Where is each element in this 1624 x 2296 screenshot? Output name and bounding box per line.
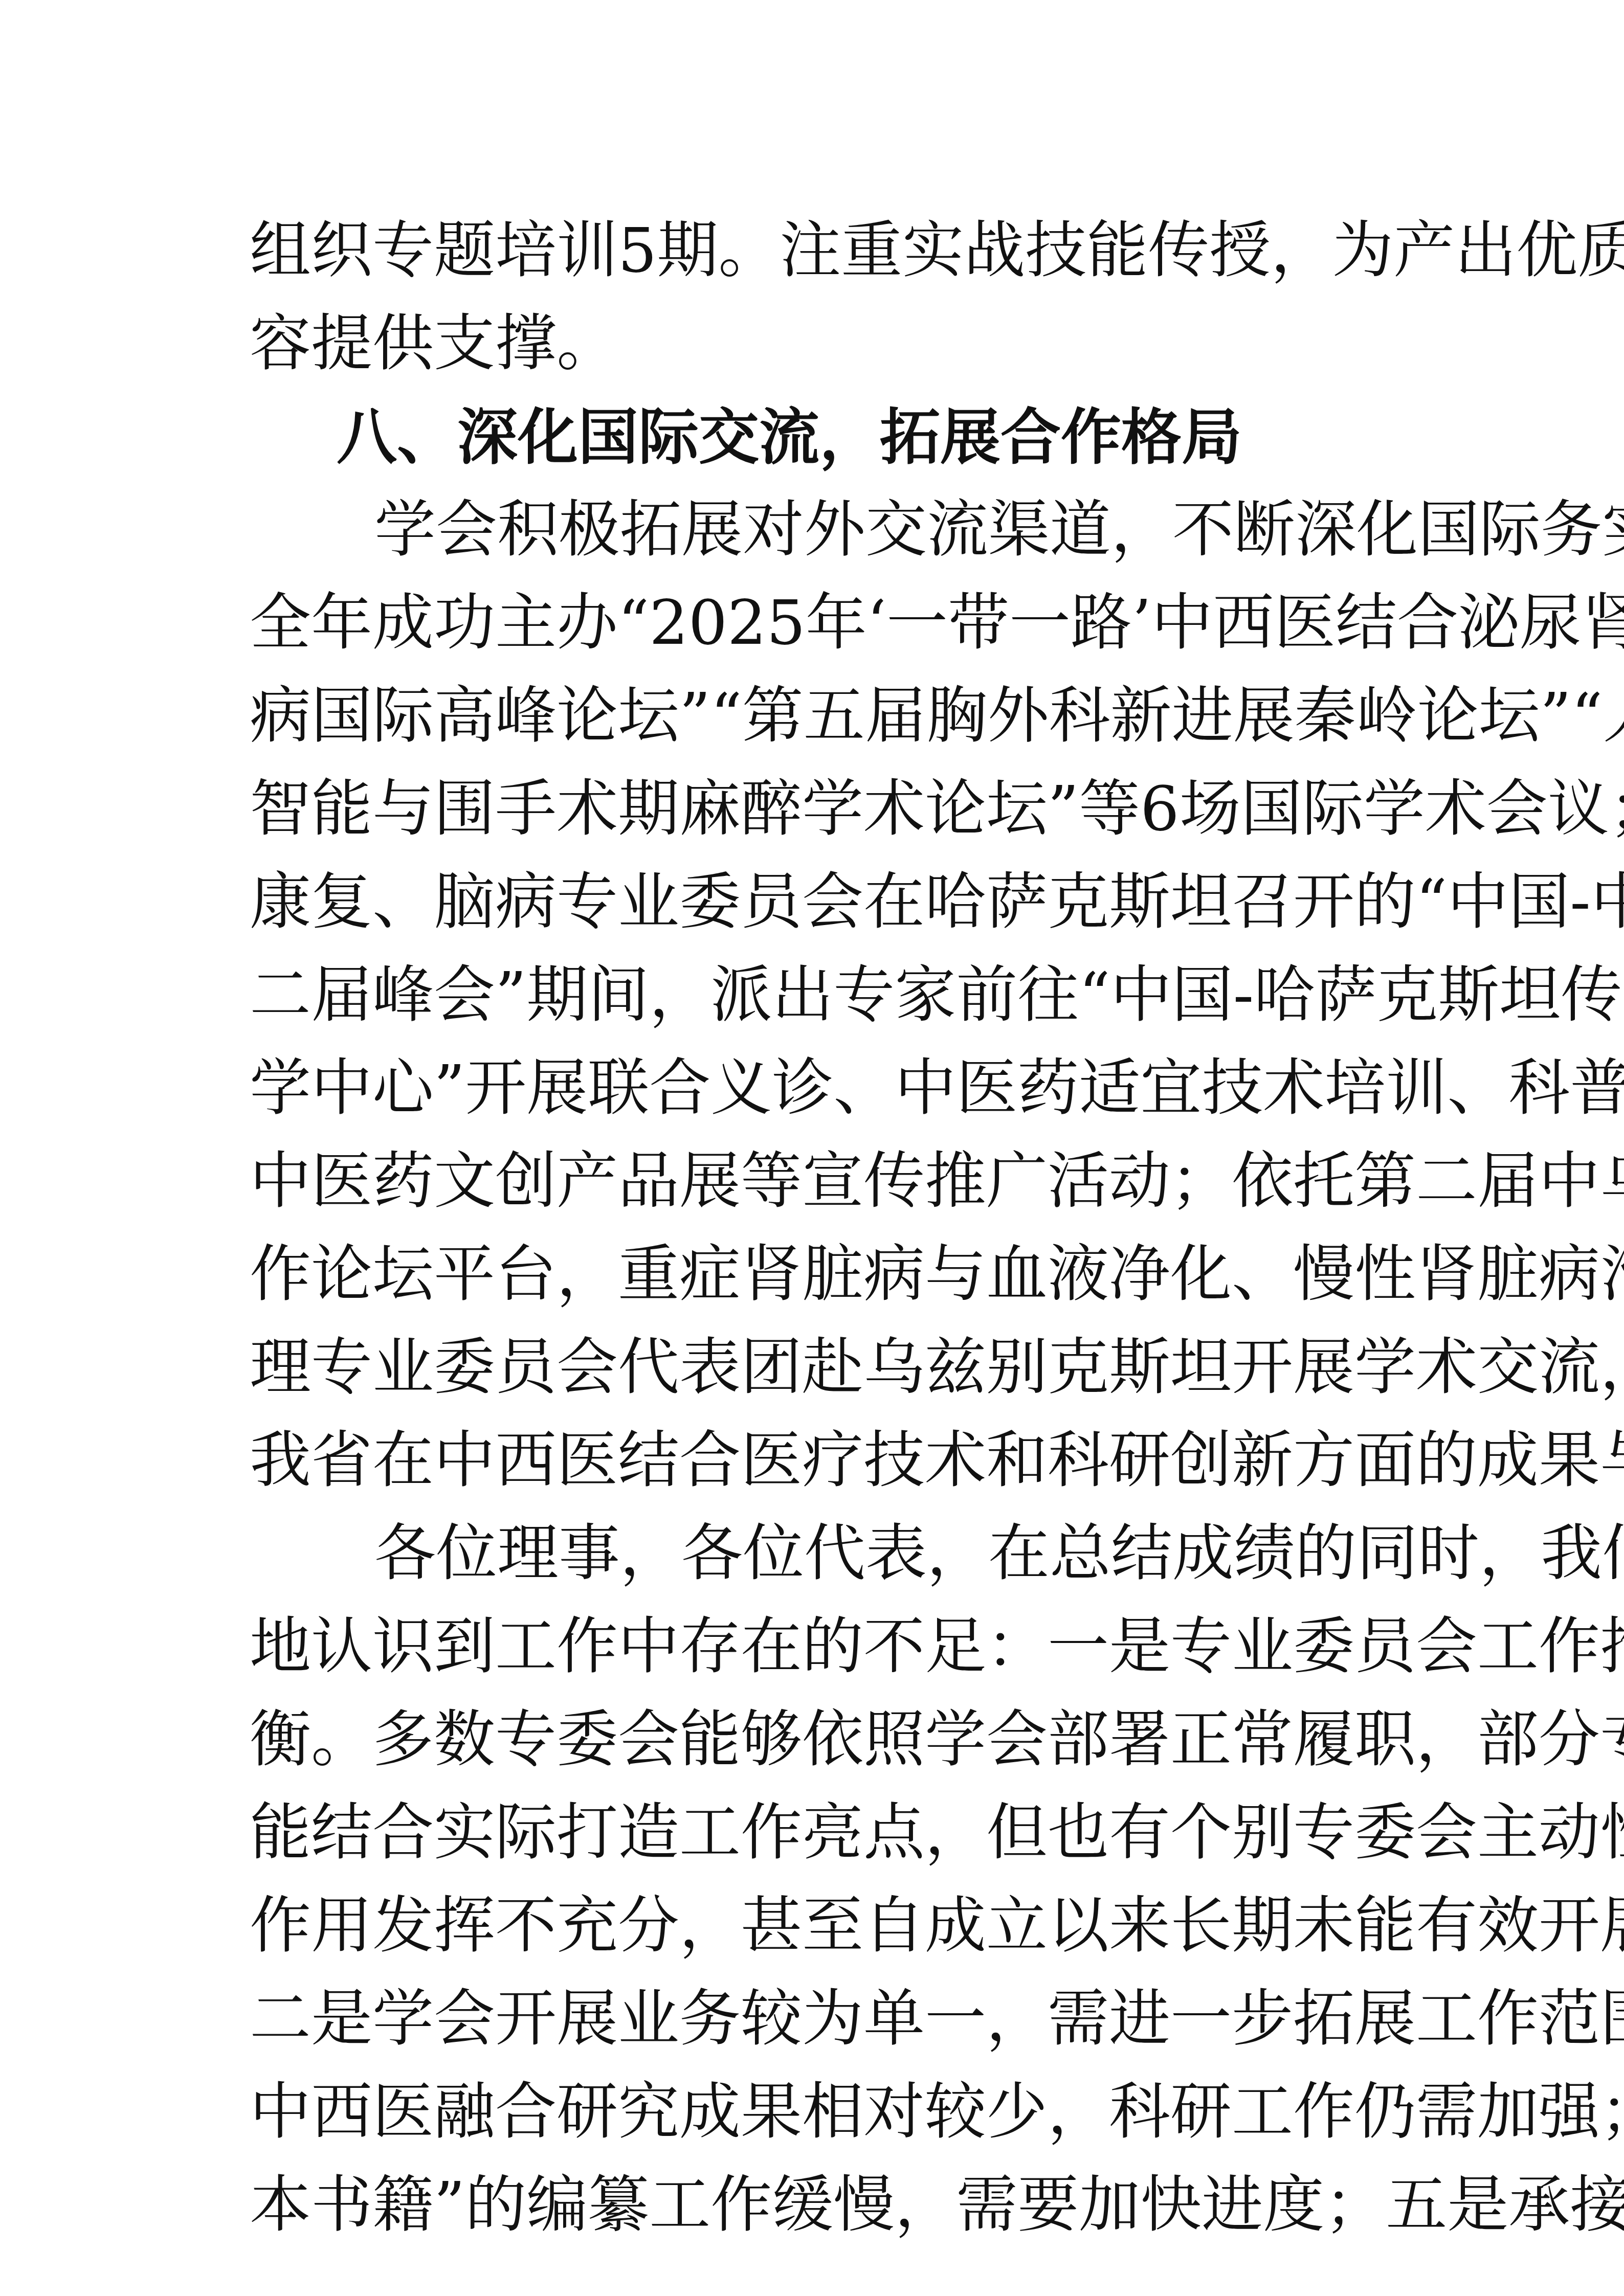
text-line: 各位理事，各位代表，在总结成绩的同时，我们也清醒 (250, 1507, 1385, 1601)
text-line: 能结合实际打造工作亮点，但也有个别专委会主动性不强、 (250, 1787, 1385, 1880)
paragraph-shortcomings: 各位理事，各位代表，在总结成绩的同时，我们也清醒 地认识到工作中存在的不足：一是… (250, 1507, 1385, 2252)
text-line: 中西医融合研究成果相对较少，科研工作仍需加强；四是“三 (250, 2066, 1385, 2159)
text-line: 本书籍”的编纂工作缓慢，需要加快进度；五是承接政府转 (250, 2159, 1385, 2252)
text-line: 组织专题培训5期。注重实战技能传授，为产出优质科普内 (250, 205, 1385, 298)
paragraph-continuation: 组织专题培训5期。注重实战技能传授，为产出优质科普内 容提供支撑。 (250, 205, 1385, 391)
document-page: 组织专题培训5期。注重实战技能传授，为产出优质科普内 容提供支撑。 八、深化国际… (250, 205, 1385, 2252)
text-line: 学会积极拓展对外交流渠道，不断深化国际务实合作。 (250, 484, 1385, 577)
text-line: 容提供支撑。 (250, 298, 1385, 391)
text-line: 作用发挥不充分，甚至自成立以来长期未能有效开展工作； (250, 1880, 1385, 1973)
text-line: 二是学会开展业务较为单一，需进一步拓展工作范围；三是 (250, 1973, 1385, 2066)
text-line: 中医药文创产品展等宣传推广活动；依托第二届中乌地方合 (250, 1135, 1385, 1228)
text-line: 衡。多数专委会能够依照学会部署正常履职，部分专委会还 (250, 1694, 1385, 1787)
text-line: 学中心”开展联合义诊、中医药适宜技术培训、科普讲座、 (250, 1042, 1385, 1135)
text-line: 地认识到工作中存在的不足：一是专业委员会工作推进不平 (250, 1601, 1385, 1694)
text-line: 理专业委员会代表团赴乌兹别克斯坦开展学术交流，展示了 (250, 1321, 1385, 1414)
text-line: 二届峰会”期间，派出专家前往“中国-哈萨克斯坦传统医 (250, 949, 1385, 1042)
text-line: 全年成功主办“2025年‘一带一路’中西医结合泌尿肾脏疾 (250, 577, 1385, 670)
text-line: 作论坛平台，重症肾脏病与血液净化、慢性肾脏病治疗与管 (250, 1228, 1385, 1321)
text-line: 病国际高峰论坛”“第五届胸外科新进展秦岭论坛”“人工 (250, 670, 1385, 763)
text-line: 智能与围手术期麻醉学术论坛”等6场国际学术会议；儿童 (250, 763, 1385, 856)
section-heading: 八、深化国际交流，拓展合作格局 (250, 391, 1385, 484)
text-line: 康复、脑病专业委员会在哈萨克斯坦召开的“中国-中亚第 (250, 856, 1385, 949)
heading-text: 八、深化国际交流，拓展合作格局 (250, 391, 1385, 484)
paragraph-international-exchange: 学会积极拓展对外交流渠道，不断深化国际务实合作。 全年成功主办“2025年‘一带… (250, 484, 1385, 1507)
text-line: 我省在中西医结合医疗技术和科研创新方面的成果与特色。 (250, 1414, 1385, 1507)
